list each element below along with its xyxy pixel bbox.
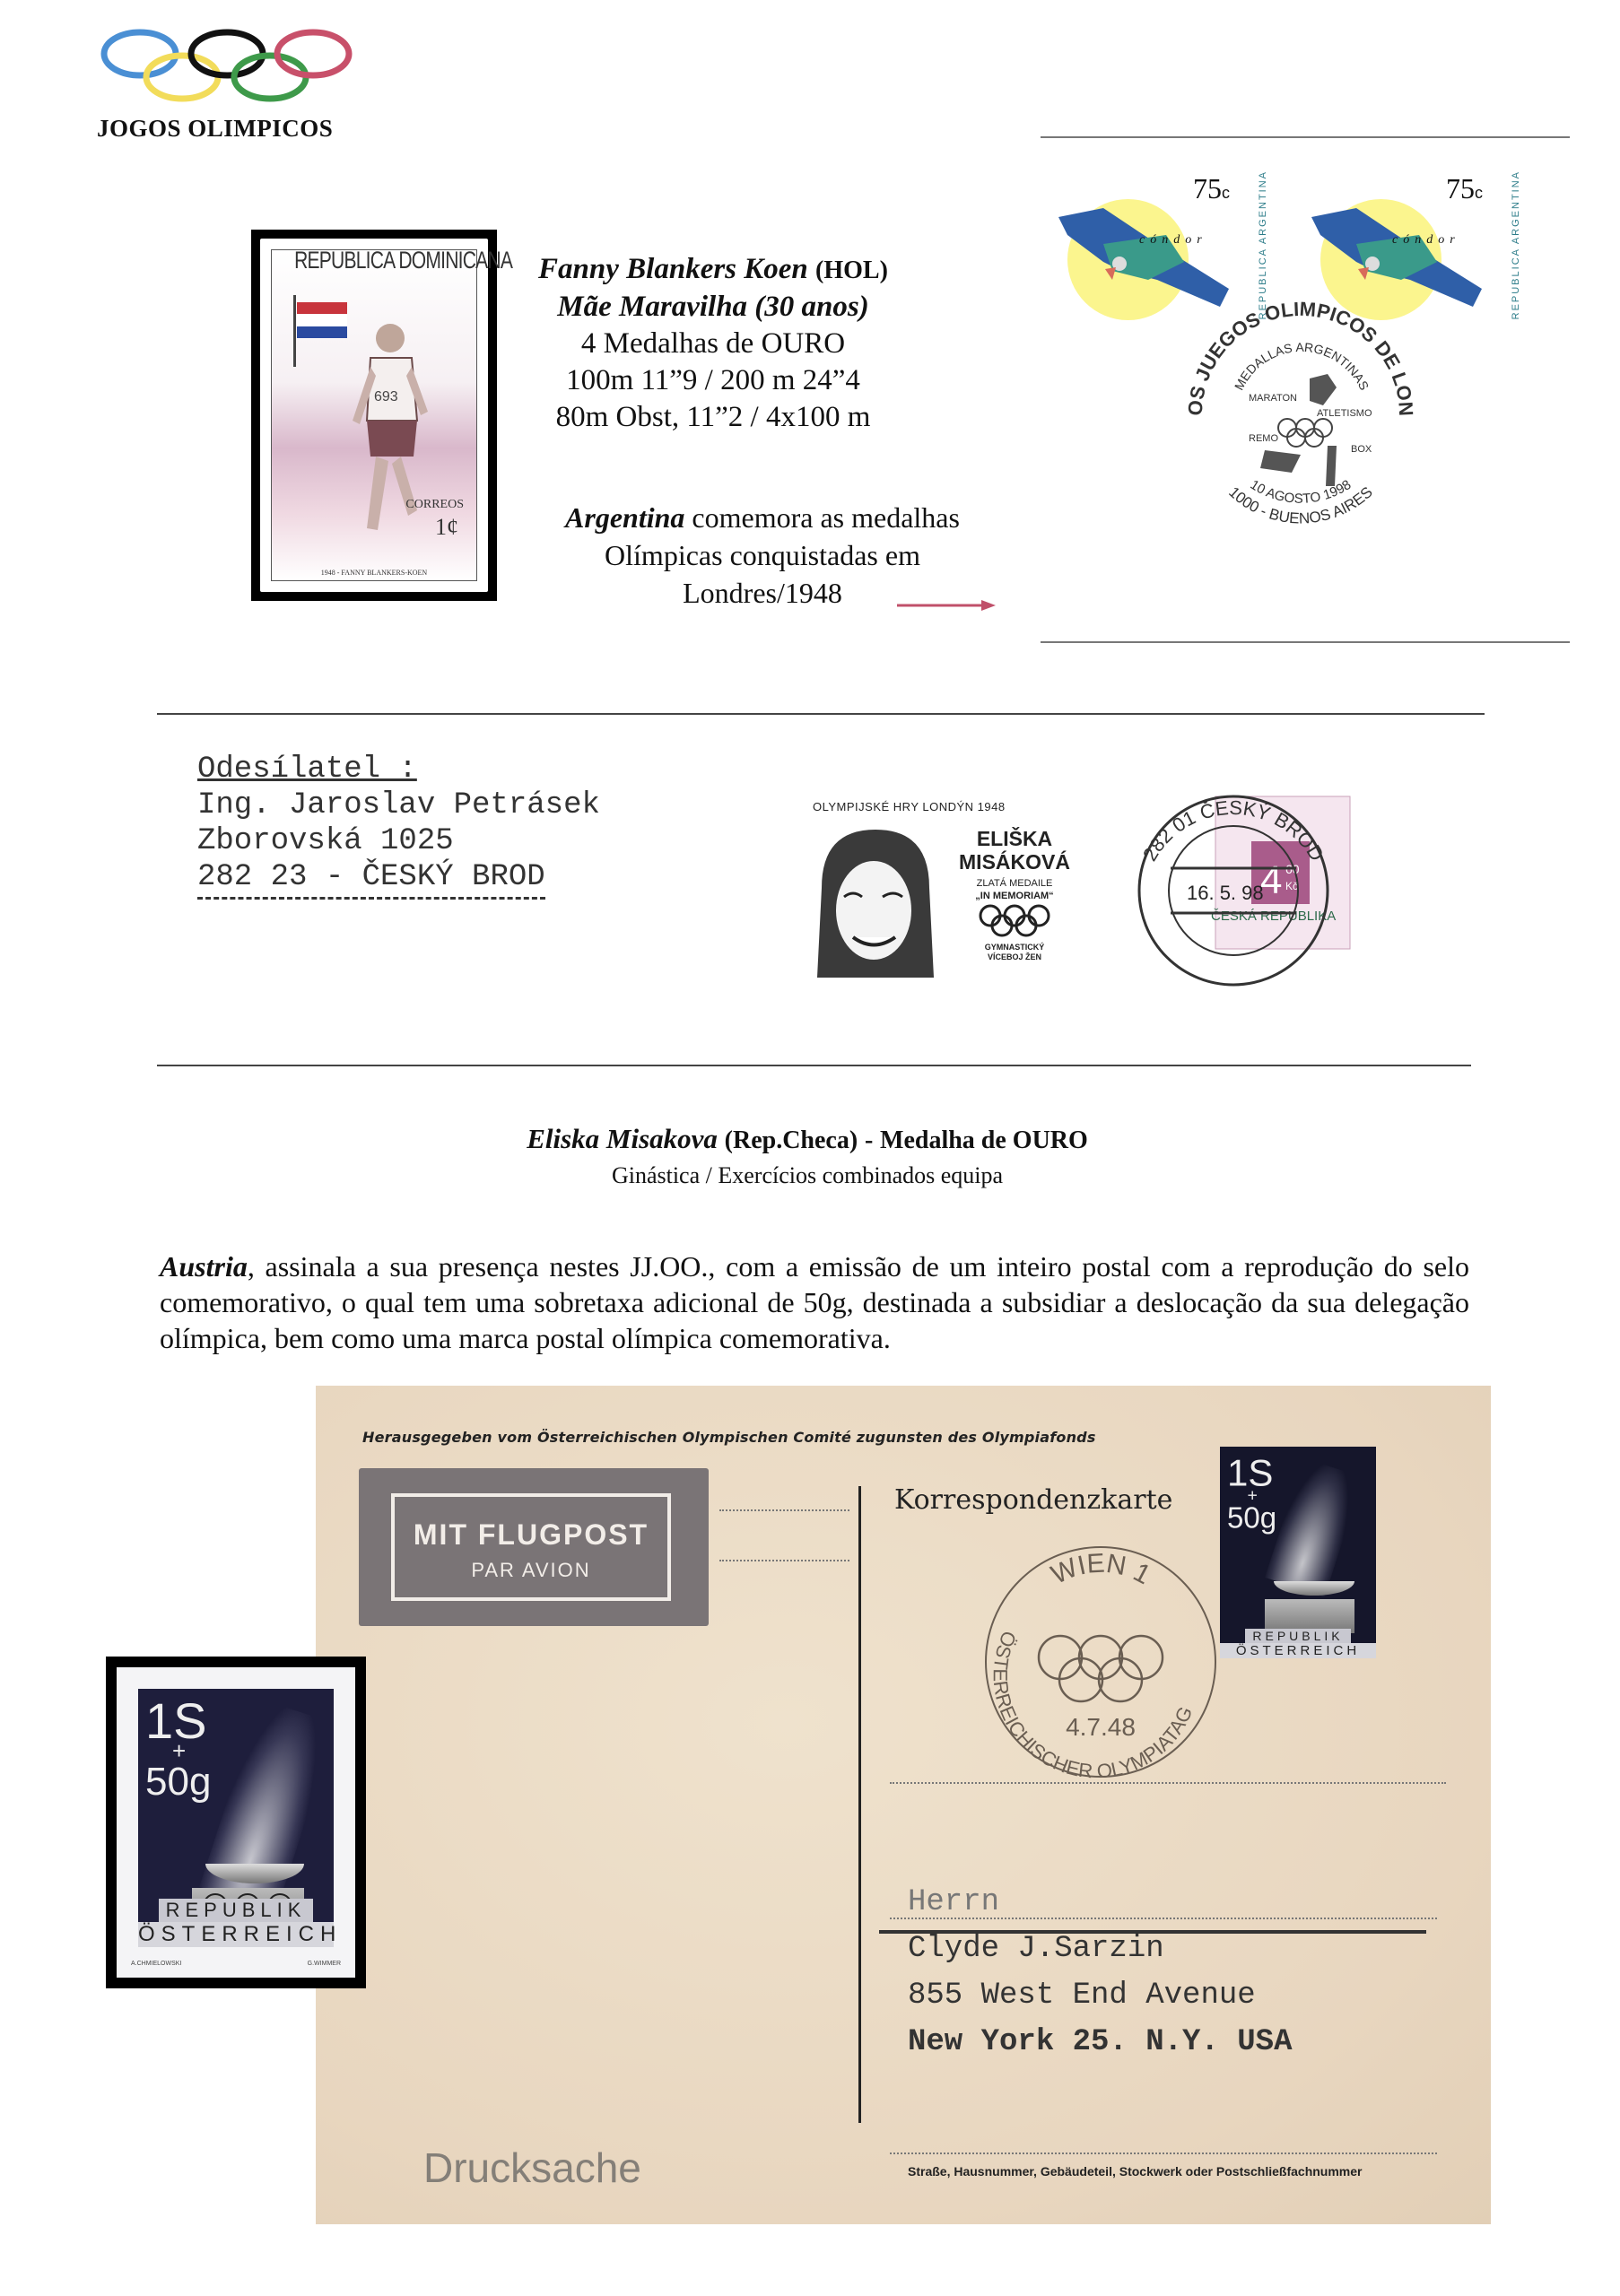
- buenos-aires-commemorative-postmark: 50 AÑOS JUEGOS OLIMPICOS DE LONDRES MEDA…: [1166, 271, 1435, 540]
- austria-olympic-stamp: 1S + 50g REPUBLIK ÖSTERREICH A.CHMIELOWS…: [106, 1657, 366, 1988]
- postmark-line5: GYMNASTICKÝ: [938, 943, 1091, 952]
- austria-country: Austria: [160, 1250, 248, 1283]
- cover-bottom-edge: [157, 1065, 1471, 1066]
- flag-pole: [293, 295, 296, 367]
- athlete-country: (HOL): [815, 257, 888, 284]
- athlete-country: (Rep.Checa): [725, 1126, 858, 1154]
- austria-paragraph-text: , assinala a sua presença nestes JJ.OO.,…: [160, 1250, 1469, 1354]
- sender-address: Odesílatel : Ing. Jaroslav Petrásek Zbor…: [197, 752, 600, 900]
- stamp-currency: Kč: [1285, 880, 1298, 892]
- dotted-line: [890, 1782, 1446, 1784]
- stamp-country-line2: ÖSTERREICH: [138, 1922, 334, 1947]
- stamp-unit: c: [1222, 184, 1230, 202]
- argentina-text-line1: comemora as medalhas: [692, 501, 960, 534]
- olympic-rings-logo: [97, 27, 357, 108]
- sport-label: REMO: [1249, 433, 1278, 444]
- postcard-divider: [858, 1486, 861, 2123]
- svg-text:MEDALLAS ARGENTINAS: MEDALLAS ARGENTINAS: [1232, 340, 1372, 393]
- postmark-inner-text: MEDALLAS ARGENTINAS: [1232, 340, 1372, 393]
- airmail-label-line1: MIT FLUGPOST: [395, 1518, 667, 1552]
- sport-label: ATLETISMO: [1317, 408, 1372, 419]
- stamp-credit-designer: A.CHMIELOWSKI: [131, 1961, 181, 1967]
- stamp-value: 4: [1260, 858, 1282, 902]
- medal-count: 4 Medalhas de OURO: [529, 326, 897, 362]
- street-field-label: Straße, Hausnummer, Gebäudeteil, Stockwe…: [908, 2164, 1363, 2179]
- sender-line: Ing. Jaroslav Petrásek: [197, 787, 600, 823]
- athlete-nickname: Mãe Maravilha (30 anos): [529, 289, 897, 326]
- stamp-subject: cóndor: [1392, 233, 1460, 248]
- sender-line: Zborovská 1025: [197, 823, 600, 859]
- address-line: New York 25. N.Y. USA: [908, 2019, 1292, 2066]
- results-line-1: 100m 11”9 / 200 m 24”4: [529, 362, 897, 399]
- results-line-2: 80m Obst, 11”2 / 4x100 m: [529, 399, 897, 436]
- stamp-surcharge: 50g: [1227, 1501, 1276, 1535]
- svg-text:693: 693: [374, 389, 398, 404]
- dominican-republic-stamp: REPUBLICA DOMINICANA 693 CORREOS 1¢ 1948…: [251, 230, 497, 601]
- postmark-header: OLYMPIJSKÉ HRY LONDÝN 1948: [813, 800, 1006, 813]
- misakova-event: Ginástica / Exercícios combinados equipa: [269, 1162, 1346, 1189]
- stamp-country: ČESKÁ REPUBLIKA: [1211, 909, 1336, 924]
- page-title: JOGOS OLIMPICOS: [97, 115, 333, 143]
- postcard-publisher-header: Herausgegeben vom Österreichischen Olymp…: [362, 1429, 1096, 1446]
- svg-text:ÖSTERREICHISCHER OLYMPIATAG: ÖSTERREICHISCHER OLYMPIATAG: [989, 1628, 1198, 1783]
- printed-matter-stamp: Drucksache: [423, 2144, 641, 2192]
- dotted-line: [719, 1509, 849, 1511]
- olympic-rings-icon: [1278, 419, 1332, 447]
- portrait-illustration: [813, 825, 938, 982]
- postmark-date: 4.7.48: [1066, 1713, 1136, 1741]
- postmark-ring-text: ÖSTERREICHISCHER OLYMPIATAG: [989, 1628, 1198, 1783]
- recipient-address: Herrn Clyde J.Sarzin 855 West End Avenue…: [908, 1879, 1292, 2066]
- argentina-cover: 75c cóndor REPUBLICA ARGENTINA 75c cóndo…: [1041, 136, 1570, 643]
- sport-label: MARATON: [1249, 393, 1297, 404]
- airmail-label: MIT FLUGPOST PAR AVION: [359, 1468, 709, 1626]
- postmark-line6: VÍCEBOJ ŽEN: [938, 952, 1091, 962]
- cover-top-edge: [157, 713, 1485, 715]
- postmark-line3: ZLATÁ MEDAILE: [938, 877, 1091, 890]
- postmark-line4: „IN MEMORIAM“: [938, 890, 1091, 902]
- stamp-country: REPUBLICA DOMINICANA: [294, 247, 454, 274]
- postmark-city: WIEN 1: [1047, 1549, 1155, 1591]
- stamp-credit-engraver: G.WIMMER: [308, 1961, 341, 1967]
- argentina-text-line2: Olímpicas conquistadas em: [538, 536, 987, 574]
- sport-label: BOX: [1351, 444, 1372, 455]
- postmark-name-line2: MISÁKOVÁ: [938, 850, 1091, 874]
- stamp-value: 75: [1446, 172, 1475, 204]
- airmail-label-line2: PAR AVION: [395, 1559, 667, 1582]
- stamp-country-line1: REPUBLIK: [1245, 1629, 1350, 1643]
- stamp-postal-label: CORREOS: [405, 498, 464, 512]
- misakova-commemorative-postmark: OLYMPIJSKÉ HRY LONDÝN 1948 ELIŠKA MISÁKO…: [804, 789, 1100, 996]
- address-underline: [879, 1930, 1426, 1934]
- stamp-surcharge: 50g: [145, 1760, 211, 1804]
- fanny-blankers-koen-text: Fanny Blankers Koen (HOL) Mãe Maravilha …: [529, 251, 897, 436]
- misakova-caption: Eliska Misakova (Rep.Checa) - Medalha de…: [269, 1123, 1346, 1155]
- postmark-name-line1: ELIŠKA: [938, 827, 1091, 850]
- dotted-line: [719, 1560, 849, 1561]
- caption-separator: -: [865, 1126, 873, 1154]
- czech-stamp-with-postmark: 4 60 Kč ČESKÁ REPUBLIKA 282 01 ČESKÝ BRO…: [1117, 778, 1386, 1003]
- sender-line: 282 23 - ČESKÝ BROD: [197, 859, 545, 900]
- athlete-name: Eliska Misakova: [527, 1123, 718, 1154]
- address-line: 855 West End Avenue: [908, 1972, 1292, 2019]
- stamp-country: REPUBLICA ARGENTINA: [1511, 170, 1521, 319]
- stamp-country-line1: REPUBLIK: [159, 1899, 314, 1922]
- dotted-line: [890, 2152, 1437, 2154]
- postmark-date: 16. 5. 98: [1187, 882, 1264, 904]
- austrian-postal-card: Herausgegeben vom Österreichischen Olymp…: [316, 1386, 1491, 2224]
- olympic-rings-icon: [1039, 1636, 1163, 1701]
- stamp-subject: cóndor: [1139, 233, 1207, 248]
- arrow-right-icon: [897, 599, 996, 612]
- athlete-name: Fanny Blankers Koen: [538, 253, 808, 285]
- imprinted-stamp: 1S + 50g REPUBLIK ÖSTERREICH: [1220, 1447, 1376, 1658]
- stamp-country-line2: ÖSTERREICH: [1220, 1643, 1376, 1658]
- dotted-line: [890, 1918, 1437, 1919]
- stamp-value: 75: [1193, 172, 1222, 204]
- card-type-label: Korrespondenzkarte: [894, 1484, 1172, 1516]
- olympic-rings-icon: [974, 902, 1055, 938]
- medal-label: Medalha de OURO: [880, 1126, 1088, 1154]
- wien-olympic-postmark: WIEN 1 ÖSTERREICHISCHER OLYMPIATAG 4.7.4…: [975, 1536, 1226, 1787]
- austria-paragraph: Austria, assinala a sua presença nestes …: [160, 1248, 1469, 1356]
- stamp-value: 1¢: [435, 514, 458, 541]
- stamp-unit: c: [1475, 184, 1483, 202]
- stamp-caption: 1948 - FANNY BLANKERS-KOEN: [272, 569, 476, 577]
- argentina-text: Argentina comemora as medalhas Olímpicas…: [538, 499, 987, 612]
- svg-text:WIEN 1: WIEN 1: [1047, 1549, 1155, 1591]
- sender-label: Odesílatel :: [197, 752, 600, 787]
- argentina-country: Argentina: [565, 501, 684, 534]
